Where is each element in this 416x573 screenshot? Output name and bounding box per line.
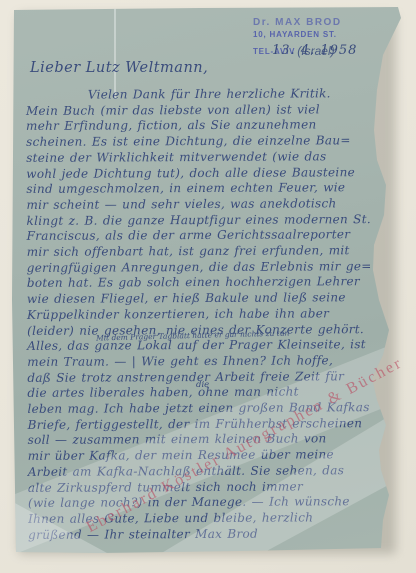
stamp-street: 10, HAYARDEN ST. bbox=[253, 30, 342, 40]
letter-line: mein Traum. — | Wie geht es Ihnen? Ich h… bbox=[27, 353, 379, 371]
letter-line: mehr Erfindung, fiction, als Sie anzuneh… bbox=[26, 117, 378, 135]
letter-line: mir sich offenbart hat, ist ganz frei er… bbox=[27, 243, 379, 261]
letter-line: mir scheint — und sehr vieles, was anekd… bbox=[26, 196, 378, 214]
letter-line: Alles, das ganze Lokal auf der Prager Kl… bbox=[27, 337, 379, 355]
letter-line: sind umgeschmolzen, in einem echten Feue… bbox=[26, 180, 378, 198]
letter-line: klingt z. B. die ganze Hauptfigur eines … bbox=[26, 212, 378, 230]
interline-insertion-die: die bbox=[196, 380, 209, 390]
letter-line: steine der Wirklichkeit mitverwendet (wi… bbox=[26, 149, 378, 167]
letter-line: (wie lange noch?) in der Manege. — Ich w… bbox=[28, 494, 380, 512]
letter-line: Krüppelkinder konzertieren, ich habe ihn… bbox=[27, 306, 379, 324]
fold-crease bbox=[114, 8, 116, 98]
letter-line: wie diesen Fliegel, er hieß Bakule und l… bbox=[27, 290, 379, 308]
letter-line: boten hat. Es gab solch einen hochherzig… bbox=[27, 275, 379, 293]
letter-paper: Dr. MAX BROD 10, HAYARDEN ST. TEL-AVIV(I… bbox=[0, 0, 416, 573]
letter-line: Briefe, fertiggestellt, der im Frühherbs… bbox=[28, 416, 380, 434]
letter-line: Ihnen alles Gute, Liebe und bleibe, herz… bbox=[28, 510, 380, 528]
stamp-name: Dr. MAX BROD bbox=[253, 17, 342, 30]
letter-line: Franciscus, als die der arme Gerichtssaa… bbox=[27, 227, 379, 245]
handwritten-date: 13. 4. 1958 bbox=[272, 43, 357, 58]
letter-line: geringfügigen Anregungen, die das Erlebn… bbox=[27, 259, 379, 277]
letter-line: grüßend — Ihr steinalter Max Brod bbox=[28, 526, 380, 544]
letter-line: scheinen. Es ist eine Dichtung, die einz… bbox=[26, 133, 378, 151]
letter-scan: Dr. MAX BROD 10, HAYARDEN ST. TEL-AVIV(I… bbox=[0, 0, 416, 573]
letter-line: Vielen Dank für Ihre herzliche Kritik. bbox=[26, 86, 378, 104]
letter-line: soll — zusammen mit einem kleinen Buch v… bbox=[28, 432, 380, 450]
letter-line: alte Zirkuspferd tummelt sich noch immer bbox=[28, 479, 380, 497]
letter-line: wohl jede Dichtung tut), doch alle diese… bbox=[26, 165, 378, 183]
salutation: Lieber Lutz Weltmann, bbox=[30, 60, 208, 76]
letter-line: Mein Buch (mir das liebste von allen) is… bbox=[26, 102, 378, 120]
